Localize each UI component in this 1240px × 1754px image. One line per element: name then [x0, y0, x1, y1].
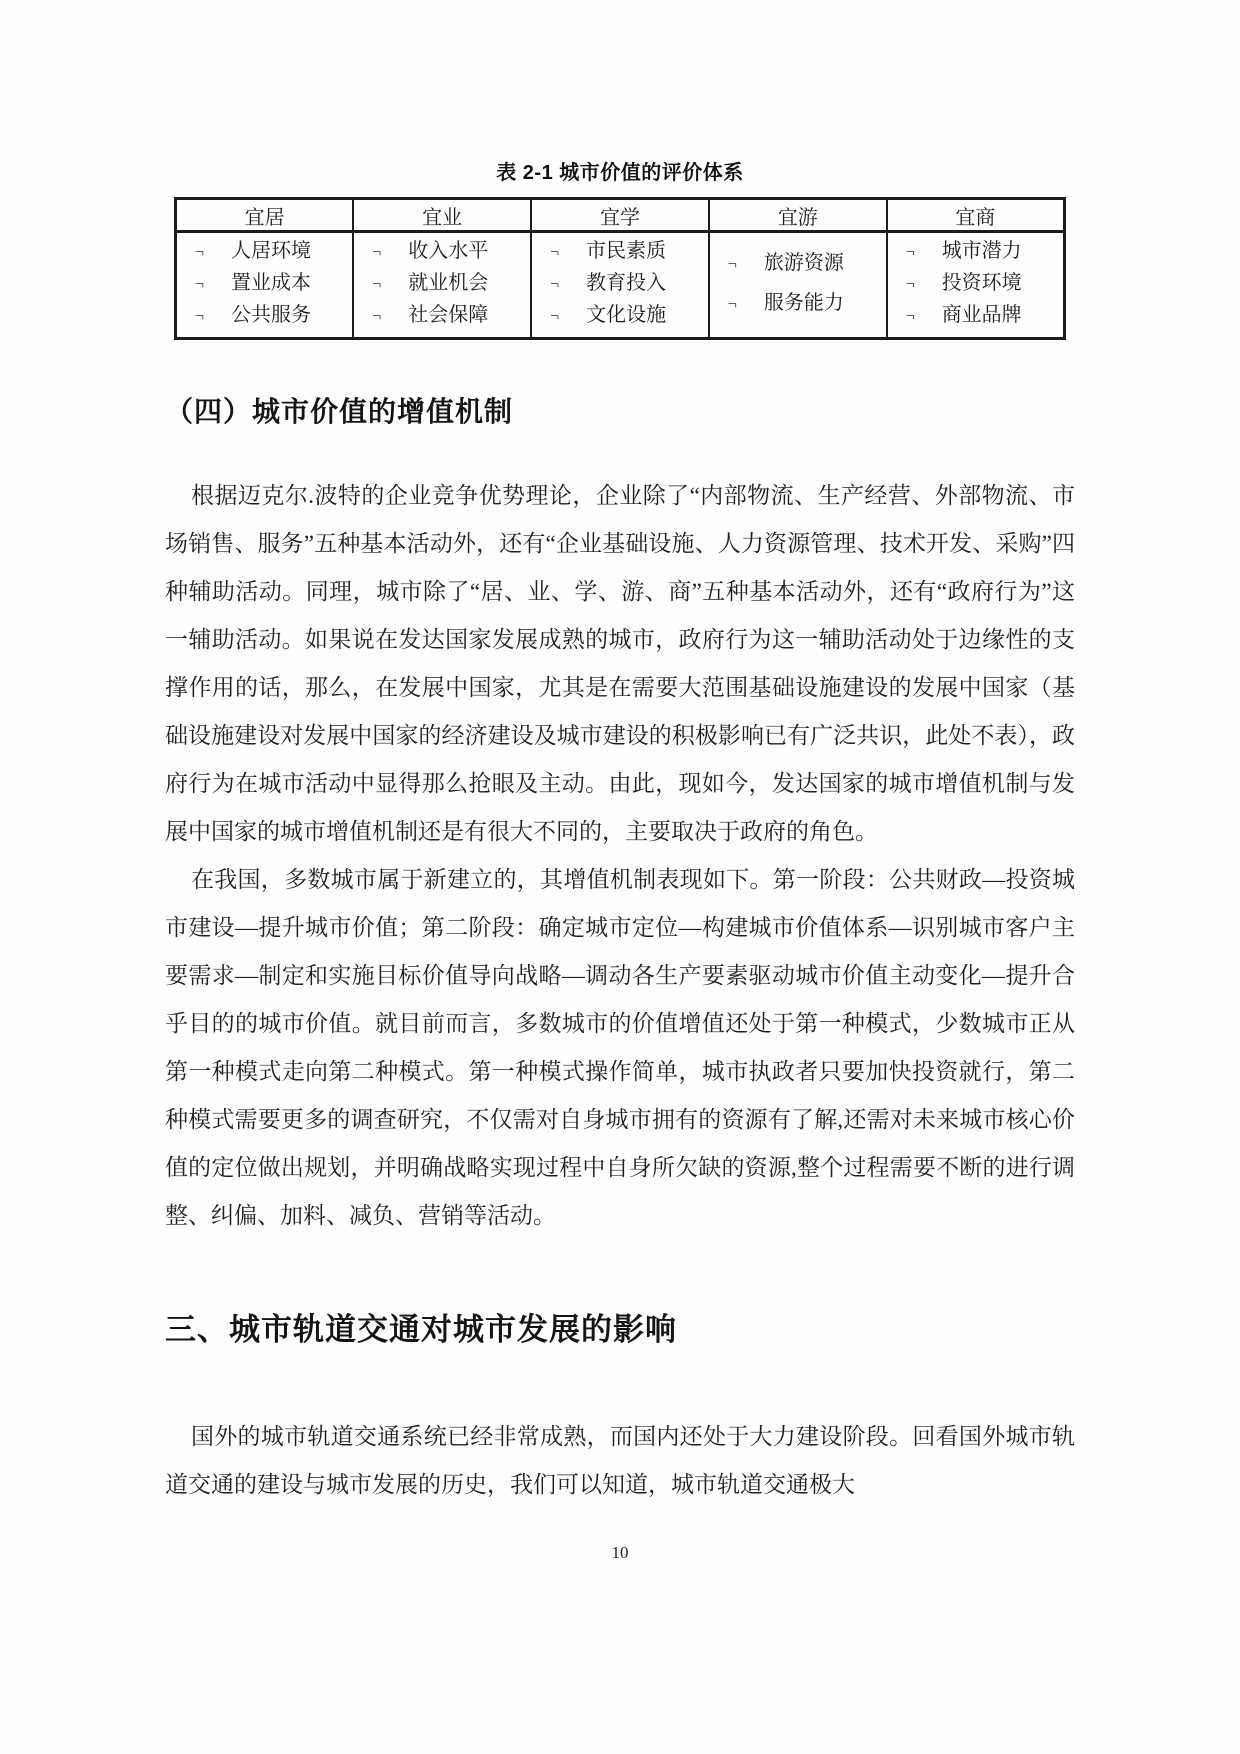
section-heading-four: （四）城市价值的增值机制 [165, 390, 1075, 430]
table-item: ¬ 收入水平 [354, 236, 530, 268]
table-cell-yixue: ¬ 市民素质 ¬ 教育投入 ¬ 文化设施 [531, 232, 709, 339]
bullet-icon: ¬ [902, 237, 942, 268]
table-item-label: 就业机会 [408, 268, 488, 299]
paragraph-rail-transit: 国外的城市轨道交通系统已经非常成熟，而国内还处于大力建设阶段。回看国外城市轨道交… [165, 1413, 1075, 1509]
section-heading-three: 三、城市轨道交通对城市发展的影响 [165, 1304, 1075, 1349]
bullet-icon: ¬ [191, 301, 231, 332]
table-item-label: 教育投入 [586, 268, 666, 299]
paragraph-value-mechanism-1: 根据迈克尔.波特的企业竞争优势理论，企业除了“内部物流、生产经营、外部物流、市场… [165, 472, 1075, 856]
table-cell-yiye: ¬ 收入水平 ¬ 就业机会 ¬ 社会保障 [353, 232, 531, 339]
table-item: ¬ 社会保障 [354, 300, 530, 332]
table-title: 表 2-1 城市价值的评价体系 [165, 156, 1075, 185]
table-item: ¬ 投资环境 [888, 268, 1063, 300]
column-header-yiju: 宜居 [176, 199, 354, 232]
bullet-icon: ¬ [902, 269, 942, 300]
bullet-icon: ¬ [368, 301, 408, 332]
table-item-label: 人居环境 [231, 236, 311, 267]
document-page: 表 2-1 城市价值的评价体系 宜居 宜业 宜学 宜游 宜商 ¬ 人居环境 [0, 0, 1240, 1754]
table-item-label: 城市潜力 [942, 236, 1022, 267]
bullet-icon: ¬ [191, 269, 231, 300]
bullet-icon: ¬ [191, 237, 231, 268]
table-item-label: 商业品牌 [942, 300, 1022, 331]
paragraph-value-mechanism-2: 在我国，多数城市属于新建立的，其增值机制表现如下。第一阶段：公共财政—投资城市建… [165, 856, 1075, 1240]
column-header-yiyou: 宜游 [709, 199, 887, 232]
table-item-label: 收入水平 [408, 236, 488, 267]
table-item-label: 置业成本 [231, 268, 311, 299]
table-item: ¬ 公共服务 [177, 300, 352, 332]
table-header-row: 宜居 宜业 宜学 宜游 宜商 [176, 199, 1065, 232]
bullet-icon: ¬ [368, 237, 408, 268]
evaluation-table: 宜居 宜业 宜学 宜游 宜商 ¬ 人居环境 ¬ [174, 197, 1066, 340]
bullet-icon: ¬ [902, 301, 942, 332]
bullet-icon: ¬ [368, 269, 408, 300]
column-header-yiye: 宜业 [353, 199, 531, 232]
table-item: ¬ 文化设施 [532, 300, 708, 332]
table-item-label: 市民素质 [586, 236, 666, 267]
column-header-yishang: 宜商 [887, 199, 1065, 232]
table-cell-yishang: ¬ 城市潜力 ¬ 投资环境 ¬ 商业品牌 [887, 232, 1065, 339]
table-item: ¬ 市民素质 [532, 236, 708, 268]
page-number: 10 [165, 1543, 1075, 1563]
page-content: 表 2-1 城市价值的评价体系 宜居 宜业 宜学 宜游 宜商 ¬ 人居环境 [0, 156, 1240, 1563]
column-header-yixue: 宜学 [531, 199, 709, 232]
table-cell-yiyou: ¬ 旅游资源 ¬ 服务能力 [709, 232, 887, 339]
table-item: ¬ 置业成本 [177, 268, 352, 300]
bullet-icon: ¬ [546, 301, 586, 332]
table-item: ¬ 旅游资源 [710, 244, 886, 284]
bullet-icon: ¬ [724, 246, 764, 284]
table-body-row: ¬ 人居环境 ¬ 置业成本 ¬ 公共服务 [176, 232, 1065, 339]
table-item: ¬ 服务能力 [710, 284, 886, 324]
table-item-label: 文化设施 [586, 300, 666, 331]
table-cell-yiju: ¬ 人居环境 ¬ 置业成本 ¬ 公共服务 [176, 232, 354, 339]
table-item-label: 服务能力 [764, 284, 844, 322]
table-item: ¬ 商业品牌 [888, 300, 1063, 332]
table-item-label: 旅游资源 [764, 244, 844, 282]
table-item: ¬ 人居环境 [177, 236, 352, 268]
table-item: ¬ 就业机会 [354, 268, 530, 300]
table-item: ¬ 城市潜力 [888, 236, 1063, 268]
table-item-label: 公共服务 [231, 300, 311, 331]
table-item-label: 社会保障 [408, 300, 488, 331]
bullet-icon: ¬ [546, 269, 586, 300]
table-item-label: 投资环境 [942, 268, 1022, 299]
bullet-icon: ¬ [546, 237, 586, 268]
table-item: ¬ 教育投入 [532, 268, 708, 300]
bullet-icon: ¬ [724, 286, 764, 324]
